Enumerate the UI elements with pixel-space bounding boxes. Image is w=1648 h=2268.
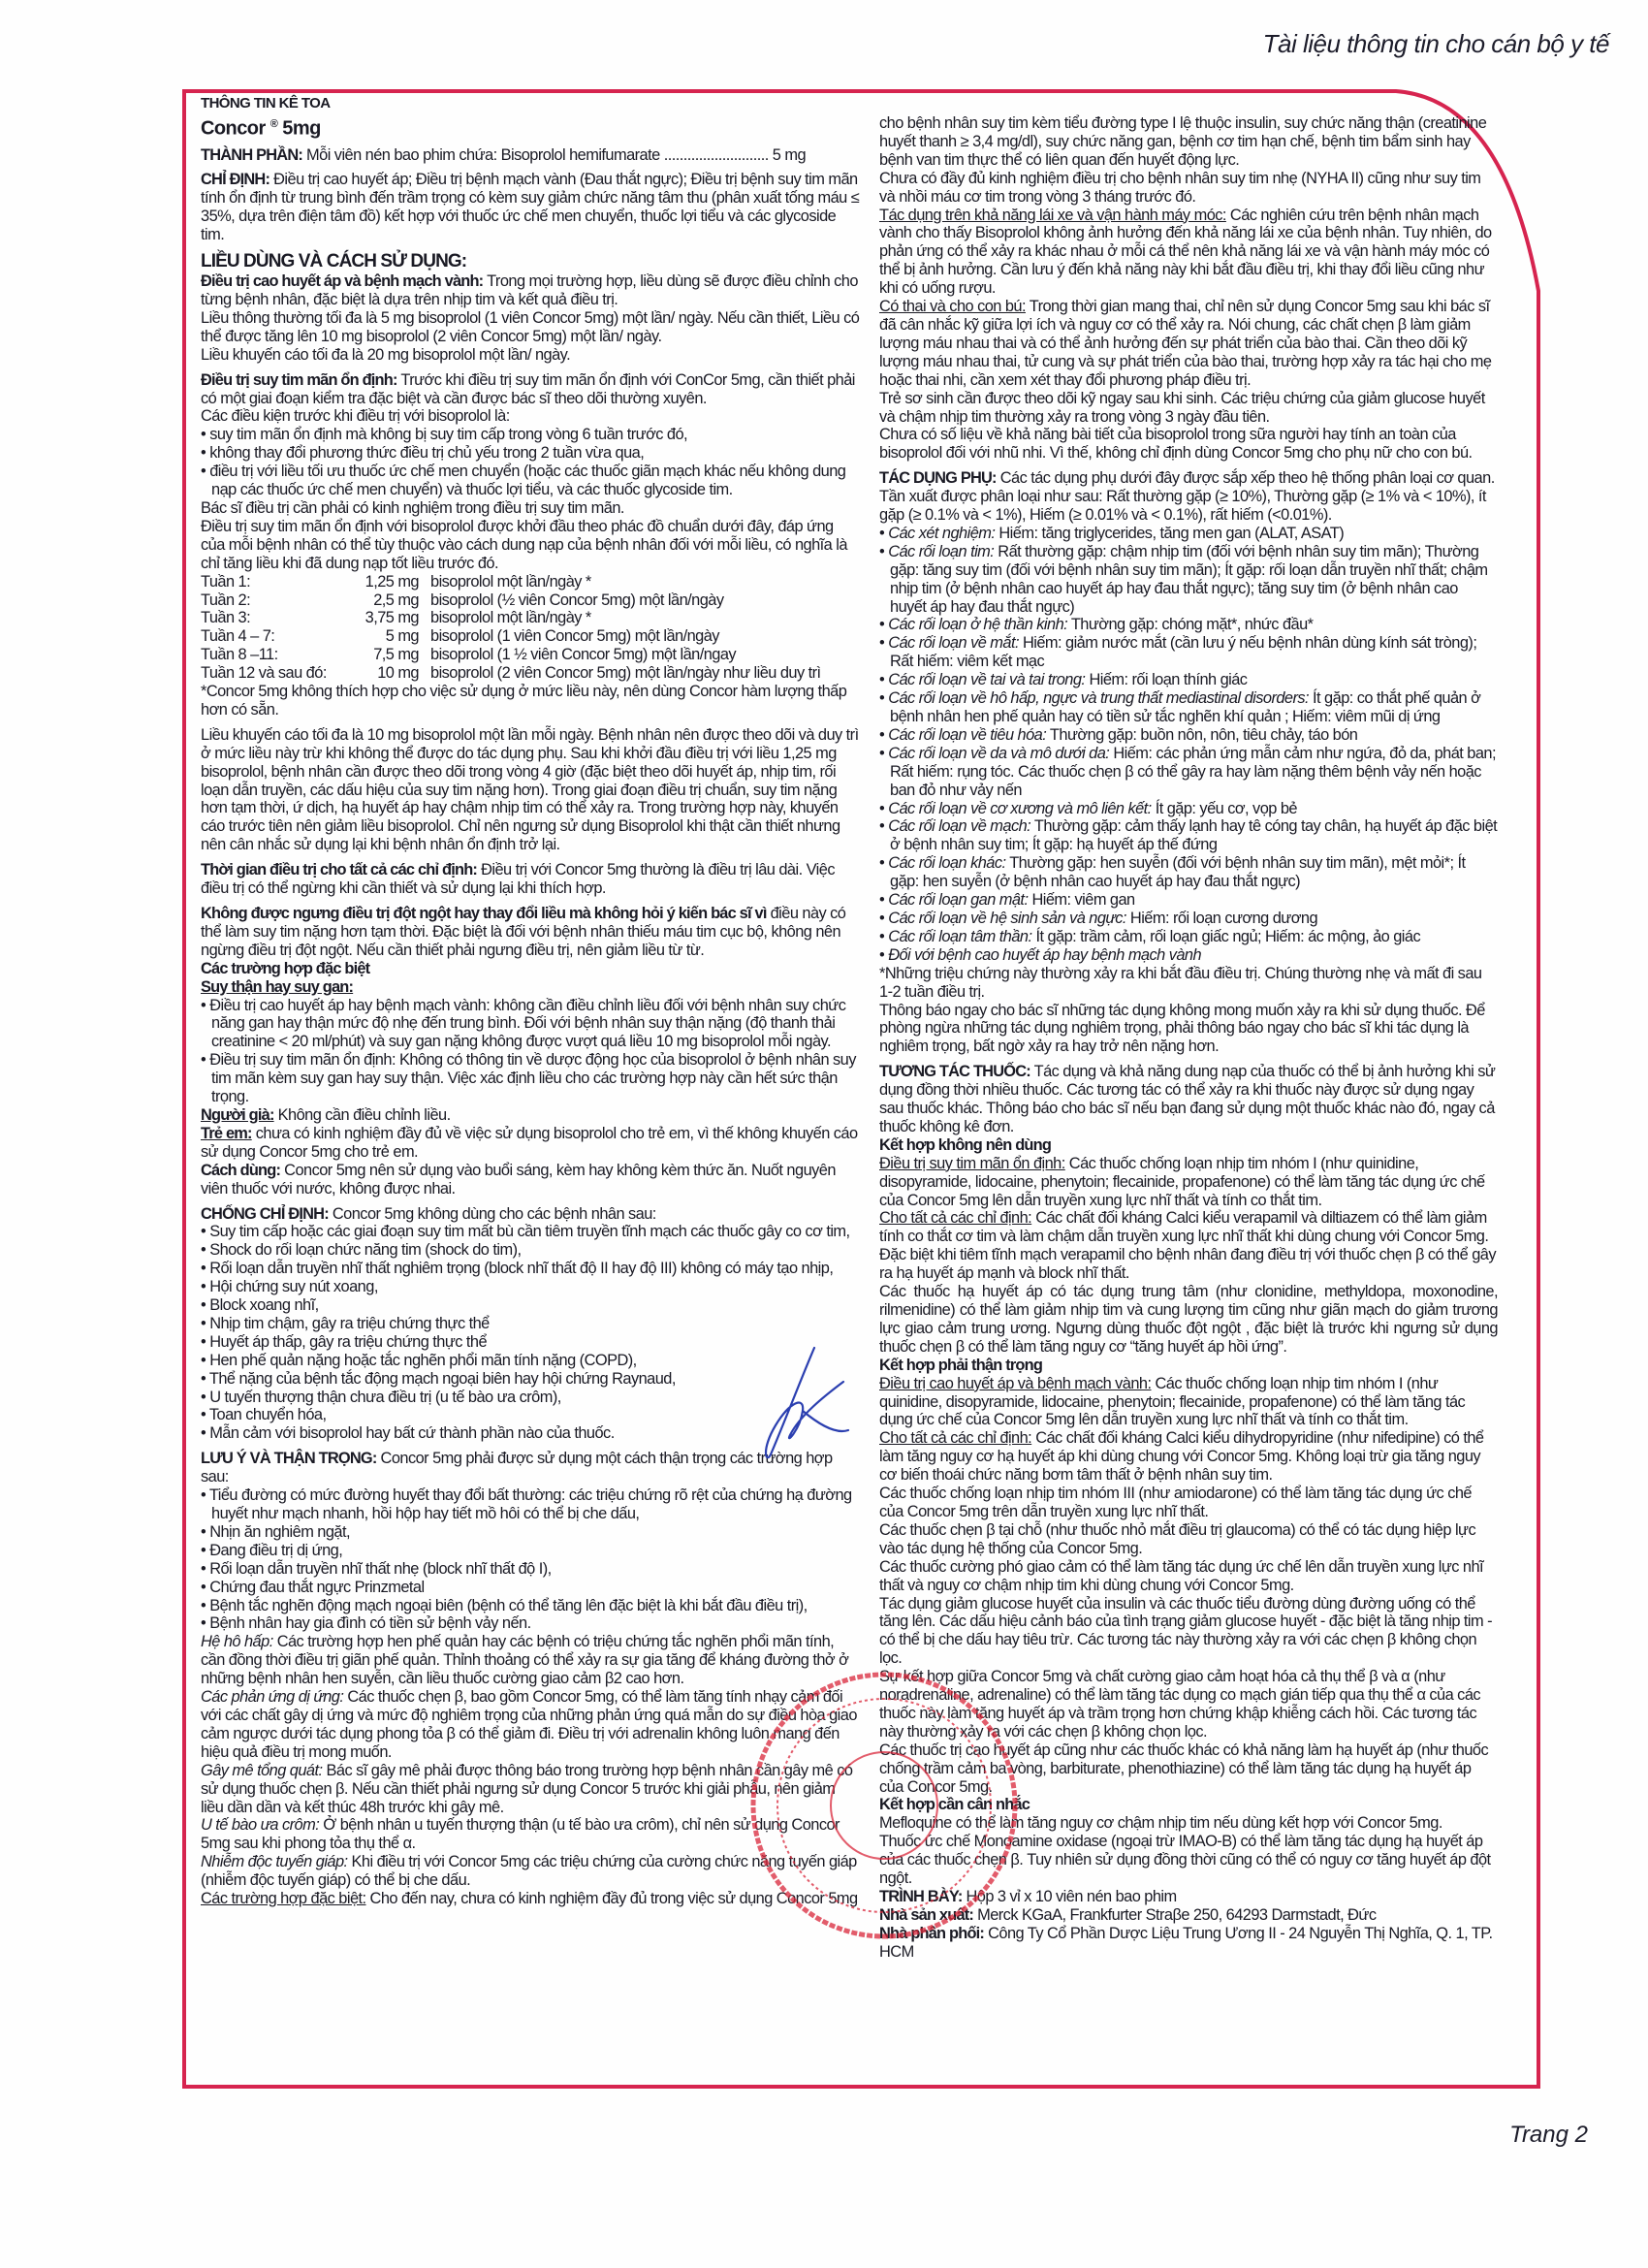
continued-text-1: cho bệnh nhân suy tim kèm tiểu đường typ… (879, 114, 1498, 170)
list-item: • Nhịp tim chậm, gây ra triệu chứng thực… (201, 1315, 860, 1333)
renal-hepatic-list: • Điều trị cao huyết áp hay bệnh mạch và… (201, 997, 860, 1106)
dosage-htn-p3: Liều khuyến cáo tối đa là 20 mg bisoprol… (201, 346, 860, 365)
list-item: • Đang điều trị dị ứng, (201, 1542, 860, 1560)
side-effects-footnote: *Những triệu chứng này thường xảy ra khi… (879, 965, 1498, 1002)
side-effect-item: • Các rối loạn ở hệ thần kinh: Thường gặ… (879, 616, 1498, 634)
schedule-footnote: *Concor 5mg không thích hợp cho việc sử … (201, 683, 860, 719)
list-item: • điều trị với liều tối ưu thuốc ức chế … (201, 463, 860, 499)
no-abrupt-stop: Không được ngưng điều trị đột ngột hay t… (201, 905, 860, 960)
paragraph: Các thuốc cường phó giao cảm có thể làm … (879, 1558, 1498, 1595)
newborn-note: Trẻ sơ sinh cần được theo dõi kỹ ngay sa… (879, 390, 1498, 427)
caution-heading: Kết hợp phải thận trọng (879, 1357, 1498, 1375)
caution-all-indications: Cho tất cả các chỉ định: Các chất đối kh… (879, 1429, 1498, 1485)
contraindications-intro: CHỐNG CHỈ ĐỊNH: Concor 5mg không dùng ch… (201, 1205, 860, 1224)
side-effect-item: • Các rối loạn gan mật: Hiếm: viêm gan (879, 891, 1498, 910)
dosage-heading: LIỀU DÙNG VÀ CÁCH SỬ DỤNG: (201, 251, 860, 272)
page-number: Trang 2 (1509, 2122, 1588, 2149)
side-effect-item: • Các xét nghiệm: Hiếm: tăng triglycerid… (879, 525, 1498, 543)
list-item: • Block xoang nhĩ, (201, 1296, 860, 1315)
table-row: Tuần 2:2,5 mgbisoprolol (½ viên Concor 5… (201, 591, 821, 610)
lactation-note: Chưa có số liệu về khả năng bài tiết của… (879, 426, 1498, 463)
list-item: • Chứng đau thắt ngực Prinzmetal (201, 1579, 860, 1597)
indications: CHỈ ĐỊNH: Điều trị cao huyết áp; Điều tr… (201, 171, 860, 244)
treatment-duration: Thời gian điều trị cho tất cả các chỉ đị… (201, 861, 860, 898)
table-row: Tuần 8 –11:7,5 mgbisoprolol (1 ½ viên Co… (201, 646, 821, 664)
list-item: • Tiểu đường có mức đường huyết thay đổi… (201, 1486, 860, 1523)
interactions-intro: TƯƠNG TÁC THUỐC: Tác dụng và khả năng du… (879, 1063, 1498, 1136)
list-item: • Điều trị cao huyết áp hay bệnh mạch và… (201, 997, 860, 1052)
driving-effects: Tác dụng trên khả năng lái xe và vận hàn… (879, 207, 1498, 299)
dosage-hf-cond-intro: Các điều kiện trước khi điều trị với bis… (201, 407, 860, 426)
nr-all-indications: Cho tất cả các chỉ định: Các chất đối kh… (879, 1209, 1498, 1283)
table-row: Tuần 12 và sau đó:10 mgbisoprolol (2 viê… (201, 664, 821, 683)
precautions-list: • Tiểu đường có mức đường huyết thay đổi… (201, 1486, 860, 1633)
side-effect-item: • Các rối loạn về tai và tai trong: Hiếm… (879, 671, 1498, 689)
product-title: Concor ® 5mg (201, 113, 860, 140)
paragraph: Các thuốc chống loạn nhịp tim nhóm III (… (879, 1485, 1498, 1521)
elderly: Người già: Không cần điều chỉnh liều. (201, 1106, 860, 1125)
hf-conditions-list: • suy tim mãn ổn định mà không bị suy ti… (201, 426, 860, 499)
list-item: • Shock do rối loạn chức năng tim (shock… (201, 1241, 860, 1260)
continued-text-2: Chưa có đầy đủ kinh nghiệm điều trị cho … (879, 170, 1498, 207)
list-item: • Nhịn ăn nghiêm ngặt, (201, 1523, 860, 1542)
side-effect-item: • Các rối loạn về hệ sinh sản và ngực: H… (879, 910, 1498, 928)
table-row: Tuần 4 – 7:5 mgbisoprolol (1 viên Concor… (201, 627, 821, 646)
administration: Cách dùng: Concor 5mg nên sử dụng vào bu… (201, 1162, 860, 1198)
side-effect-item: • Các rối loạn tim: Rất thường gặp: chậm… (879, 543, 1498, 617)
dosage-hf-p4: Liều khuyến cáo tối đa là 10 mg bisoprol… (201, 726, 860, 854)
dosage-hf-p3: Điều trị suy tim mãn ổn định với bisopro… (201, 518, 860, 573)
list-item: • Rối loạn dẫn truyền nhĩ thất nhẹ (bloc… (201, 1560, 860, 1579)
left-column: THÔNG TIN KÊ TOA Concor ® 5mg THÀNH PHẦN… (201, 95, 860, 1908)
composition: THÀNH PHẦN: Mỗi viên nén bao phim chứa: … (201, 146, 860, 165)
pregnancy-lactation: Có thai và cho con bú: Trong thời gian m… (879, 298, 1498, 390)
list-item: • suy tim mãn ổn định mà không bị suy ti… (201, 426, 860, 444)
paragraph: Tác dụng giảm glucose huyết của insulin … (879, 1595, 1498, 1669)
side-effect-item: • Các rối loạn về tiêu hóa: Thường gặp: … (879, 726, 1498, 745)
dosage-htn-p2: Liều thông thường tối đa là 5 mg bisopro… (201, 309, 860, 346)
side-effect-item: • Các rối loạn về cơ xương và mô liên kế… (879, 800, 1498, 818)
table-row: Tuần 1:1,25 mgbisoprolol một lần/ngày * (201, 573, 821, 591)
paragraph: Các thuốc chẹn β tại chỗ (như thuốc nhỏ … (879, 1521, 1498, 1558)
dosage-hf: Điều trị suy tim mãn ổn định: Trước khi … (201, 371, 860, 408)
special-cases-heading: Các trường hợp đặc biệt (201, 960, 860, 978)
caution-htn: Điều trị cao huyết áp và bệnh mạch vành:… (879, 1375, 1498, 1430)
titration-schedule-table: Tuần 1:1,25 mgbisoprolol một lần/ngày *T… (201, 573, 821, 683)
side-effect-item: • Các rối loạn về da và mô dưới da: Hiếm… (879, 745, 1498, 800)
renal-hepatic-heading: Suy thận hay suy gan: (201, 978, 860, 997)
side-effects-notice: Thông báo ngay cho bác sĩ những tác dụng… (879, 1002, 1498, 1057)
list-item: • Điều trị suy tim mãn ổn định: Không có… (201, 1051, 860, 1106)
list-item: • Bệnh nhân hay gia đình có tiền sử bệnh… (201, 1614, 860, 1633)
list-item: • Bệnh tắc nghẽn động mạch ngoại biên (b… (201, 1597, 860, 1615)
children: Trẻ em: chưa có kinh nghiệm đầy đủ về vi… (201, 1125, 860, 1162)
nr-central-antihypertensives: Các thuốc hạ huyết áp có tác dụng trung … (879, 1283, 1498, 1357)
list-item: • không thay đổi phương thức điều trị ch… (201, 444, 860, 463)
side-effect-item: • Đối với bệnh cao huyết áp hay bệnh mạc… (879, 946, 1498, 965)
document-type: THÔNG TIN KÊ TOA (201, 95, 860, 113)
company-stamp (739, 1660, 1030, 1951)
dosage-hf-p2: Bác sĩ điều trị cần phải có kinh nghiệm … (201, 499, 860, 518)
side-effect-item: • Các rối loạn tâm thần: Ít gặp: trầm cả… (879, 928, 1498, 946)
signature-mark (746, 1343, 853, 1469)
table-row: Tuần 3:3,75 mgbisoprolol một lần/ngày * (201, 609, 821, 627)
side-effect-item: • Các rối loạn về mạch: Thường gặp: cảm … (879, 817, 1498, 854)
side-effect-item: • Các rối loạn khác: Thường gặp: hen suy… (879, 854, 1498, 891)
side-effect-item: • Các rối loạn về hô hấp, ngực và trung … (879, 689, 1498, 726)
list-item: • Suy tim cấp hoặc các giai đoạn suy tim… (201, 1223, 860, 1241)
list-item: • Rối loạn dẫn truyền nhĩ thất nghiêm tr… (201, 1260, 860, 1278)
list-item: • Hội chứng suy nút xoang, (201, 1278, 860, 1296)
side-effects-intro: TÁC DỤNG PHỤ: Các tác dụng phụ dưới đây … (879, 469, 1498, 525)
dosage-htn: Điều trị cao huyết áp và bệnh mạch vành:… (201, 272, 860, 309)
side-effects-list: • Các xét nghiệm: Hiếm: tăng triglycerid… (879, 525, 1498, 965)
not-recommended-heading: Kết hợp không nên dùng (879, 1136, 1498, 1155)
side-effect-item: • Các rối loạn về mắt: Hiếm: giảm nước m… (879, 634, 1498, 671)
nr-heart-failure: Điều trị suy tim mãn ổn định: Các thuốc … (879, 1155, 1498, 1210)
